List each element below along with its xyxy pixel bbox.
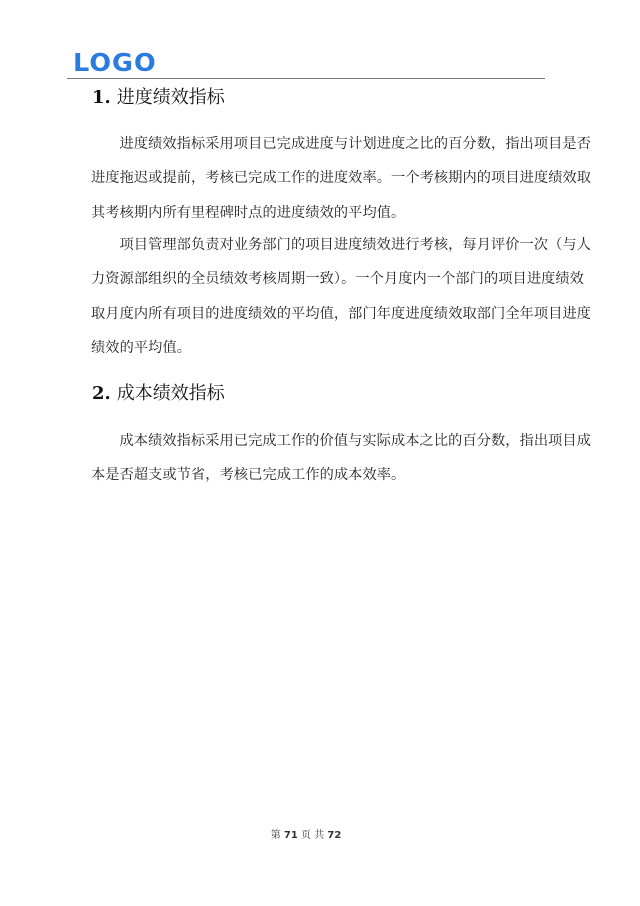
section-number: 1.: [92, 87, 111, 108]
paragraph-line: 进度绩效指标采用项目已完成进度与计划进度之比的百分数，指出项目是否: [91, 127, 545, 161]
footer-middle: 页 共: [301, 830, 324, 841]
paragraph-line: 进度拖迟或提前，考核已完成工作的进度效率。一个考核期内的项目进度绩效取: [91, 161, 545, 195]
footer-prefix: 第: [271, 830, 281, 841]
paragraph-line: 绩效的平均值。: [91, 331, 545, 365]
paragraph-line: 成本绩效指标采用已完成工作的价值与实际成本之比的百分数，指出项目成: [91, 424, 545, 458]
paragraph: 进度绩效指标采用项目已完成进度与计划进度之比的百分数，指出项目是否 进度拖迟或提…: [91, 127, 545, 230]
section-number: 2.: [92, 383, 111, 404]
section-heading-2: 2.成本绩效指标: [92, 383, 225, 405]
logo: LOGO: [73, 50, 157, 76]
section-title: 成本绩效指标: [117, 383, 225, 404]
paragraph-line: 项目管理部负责对业务部门的项目进度绩效进行考核，每月评价一次（与人: [91, 228, 545, 262]
page-footer: 第 71 页 共 72: [0, 826, 612, 841]
section-heading-1: 1.进度绩效指标: [92, 87, 225, 109]
paragraph: 成本绩效指标采用已完成工作的价值与实际成本之比的百分数，指出项目成 本是否超支或…: [91, 424, 545, 493]
current-page-number: 71: [284, 830, 298, 841]
paragraph-line: 本是否超支或节省，考核已完成工作的成本效率。: [91, 458, 545, 492]
paragraph-line: 其考核期内所有里程碑时点的进度绩效的平均值。: [91, 196, 545, 230]
section-title: 进度绩效指标: [117, 87, 225, 108]
paragraph-line: 取月度内所有项目的进度绩效的平均值，部门年度进度绩效取部门全年项目进度: [91, 297, 545, 331]
paragraph-line: 力资源部组织的全员绩效考核周期一致）。一个月度内一个部门的项目进度绩效: [91, 262, 545, 296]
header-divider: [67, 78, 545, 79]
paragraph: 项目管理部负责对业务部门的项目进度绩效进行考核，每月评价一次（与人 力资源部组织…: [91, 228, 545, 365]
total-pages-number: 72: [327, 830, 341, 841]
